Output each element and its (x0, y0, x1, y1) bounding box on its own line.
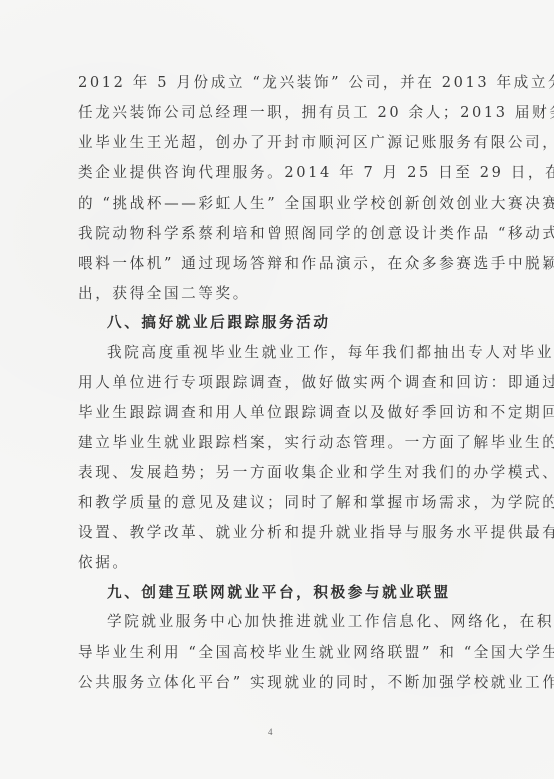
section-8-line-4: 建立毕业生就业跟踪档案，实行动态管理。一方面了解毕业生的工作 (78, 432, 462, 454)
paragraph-1-line-8: 出，获得全国二等奖。 (78, 283, 462, 305)
section-9-heading: 九、创建互联网就业平台，积极参与就业联盟 (107, 582, 451, 604)
section-8-line-7: 设置、教学改革、就业分析和提升就业指导与服务水平提供最有效的 (78, 522, 462, 544)
paragraph-1-line-3: 业毕业生王光超，创办了开封市顺河区广源记账服务有限公司，为各 (78, 132, 462, 154)
section-8-line-6: 和教学质量的意见及建议；同时了解和掌握市场需求，为学院的专业 (78, 492, 462, 514)
section-8-line-1: 我院高度重视毕业生就业工作，每年我们都抽出专人对毕业生和 (107, 342, 462, 364)
section-9-line-3: 公共服务立体化平台” 实现就业的同时，不断加强学校就业工作网络 (78, 672, 462, 694)
paragraph-1-line-1: 2012 年 5 月份成立 “龙兴装饰” 公司，并在 2013 年成立分公司，现 (78, 72, 462, 94)
paragraph-1-line-6: 我院动物科学系蔡利培和曾照阁同学的创意设计类作品 “移动式称料 (78, 223, 462, 245)
section-9-line-2: 导毕业生利用 “全国高校毕业生就业网络联盟” 和 “全国大学生就业 (78, 642, 462, 664)
paragraph-1-line-7: 喂料一体机” 通过现场答辩和作品演示，在众多参赛选手中脱颖而 (78, 253, 462, 275)
section-8-line-3: 毕业生跟踪调查和用人单位跟踪调查以及做好季回访和不定期回访， (78, 402, 462, 424)
page-number: 4 (268, 727, 273, 737)
section-9-line-1: 学院就业服务中心加快推进就业工作信息化、网络化，在积极引 (107, 611, 462, 633)
section-8-heading: 八、搞好就业后跟踪服务活动 (107, 312, 331, 334)
section-8-line-2: 用人单位进行专项跟踪调查，做好做实两个调查和回访：即通过做好 (78, 372, 462, 394)
section-8-line-8: 依据。 (78, 552, 462, 574)
paragraph-1-line-2: 任龙兴装饰公司总经理一职，拥有员工 20 余人；2013 届财务管理专 (78, 102, 462, 124)
scanned-document-page: 2012 年 5 月份成立 “龙兴装饰” 公司，并在 2013 年成立分公司，现… (0, 0, 554, 779)
section-8-line-5: 表现、发展趋势；另一方面收集企业和学生对我们的办学模式、方向 (78, 462, 462, 484)
paragraph-1-line-5: 的 “挑战杯——彩虹人生” 全国职业学校创新创效创业大赛决赛上， (78, 193, 462, 215)
paragraph-1-line-4: 类企业提供咨询代理服务。2014 年 7 月 25 日至 29 日，在杭州举行 (78, 162, 462, 184)
